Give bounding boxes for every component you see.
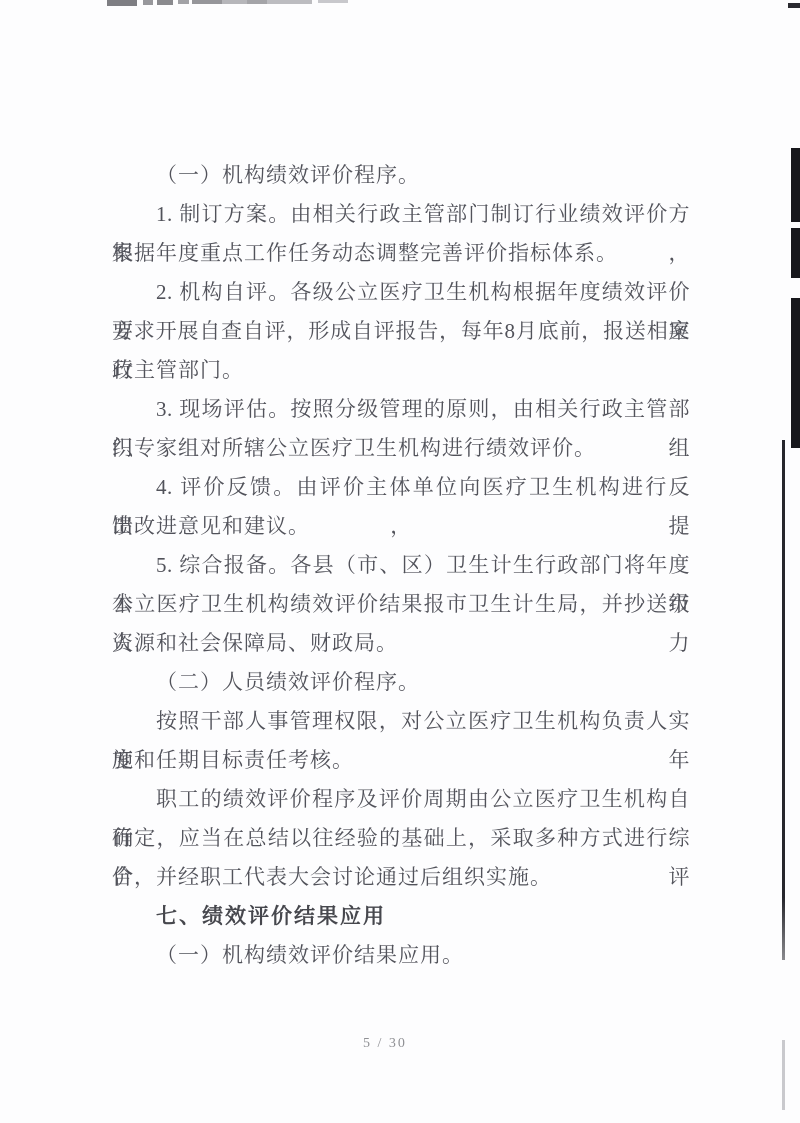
text-line: 按照干部人事管理权限，对公立医疗卫生机构负责人实施年: [112, 702, 690, 741]
scan-artifact-binding-bar: [791, 228, 800, 278]
scan-artifact-top-edge: [178, 0, 189, 4]
scan-artifact-edge-line: [782, 1040, 785, 1110]
text-line: 3. 现场评估。按照分级管理的原则，由相关行政主管部门组: [112, 390, 690, 429]
page-number: 5 / 30: [0, 1036, 770, 1052]
section-heading: 七、绩效评价结果应用: [112, 897, 690, 936]
subsection-heading: （一）机构绩效评价结果应用。: [112, 936, 690, 975]
scan-artifact-top-edge: [107, 0, 137, 6]
text-line: 职工的绩效评价程序及评价周期由公立医疗卫生机构自行: [112, 780, 690, 819]
text-line: 1. 制订方案。由相关行政主管部门制订行业绩效评价方案，: [112, 195, 690, 234]
subsection-heading: （一）机构绩效评价程序。: [112, 156, 690, 195]
scan-artifact-top-edge: [143, 0, 153, 5]
text-line: 2. 机构自评。各级公立医疗卫生机构根据年度绩效评价方案: [112, 273, 690, 312]
text-line: 根据年度重点工作任务动态调整完善评价指标体系。: [112, 234, 690, 273]
text-line: 确定，应当在总结以往经验的基础上，采取多种方式进行综合评: [112, 819, 690, 858]
scan-artifact-corner-mark: [788, 3, 800, 8]
scan-artifact-binding-bar: [791, 148, 800, 222]
scan-artifact-top-edge: [157, 0, 173, 5]
scan-artifact-edge-line: [782, 440, 785, 960]
text-line: 公立医疗卫生机构绩效评价结果报市卫生计生局，并抄送市人力: [112, 585, 690, 624]
text-line: 要求开展自查自评，形成自评报告，每年8月底前，报送相应行: [112, 312, 690, 351]
text-line: 5. 综合报备。各县（市、区）卫生计生行政部门将年度本级: [112, 546, 690, 585]
document-body: （一）机构绩效评价程序。 1. 制订方案。由相关行政主管部门制订行业绩效评价方案…: [112, 156, 690, 975]
scan-artifact-top-edge: [192, 0, 312, 4]
scanned-document-page: （一）机构绩效评价程序。 1. 制订方案。由相关行政主管部门制订行业绩效评价方案…: [0, 0, 800, 1123]
scan-artifact-binding-bar: [791, 298, 800, 448]
subsection-heading: （二）人员绩效评价程序。: [112, 663, 690, 702]
text-line: 4. 评价反馈。由评价主体单位向医疗卫生机构进行反馈，提: [112, 468, 690, 507]
text-line: 政主管部门。: [112, 351, 690, 390]
scan-artifact-top-edge: [318, 0, 348, 3]
